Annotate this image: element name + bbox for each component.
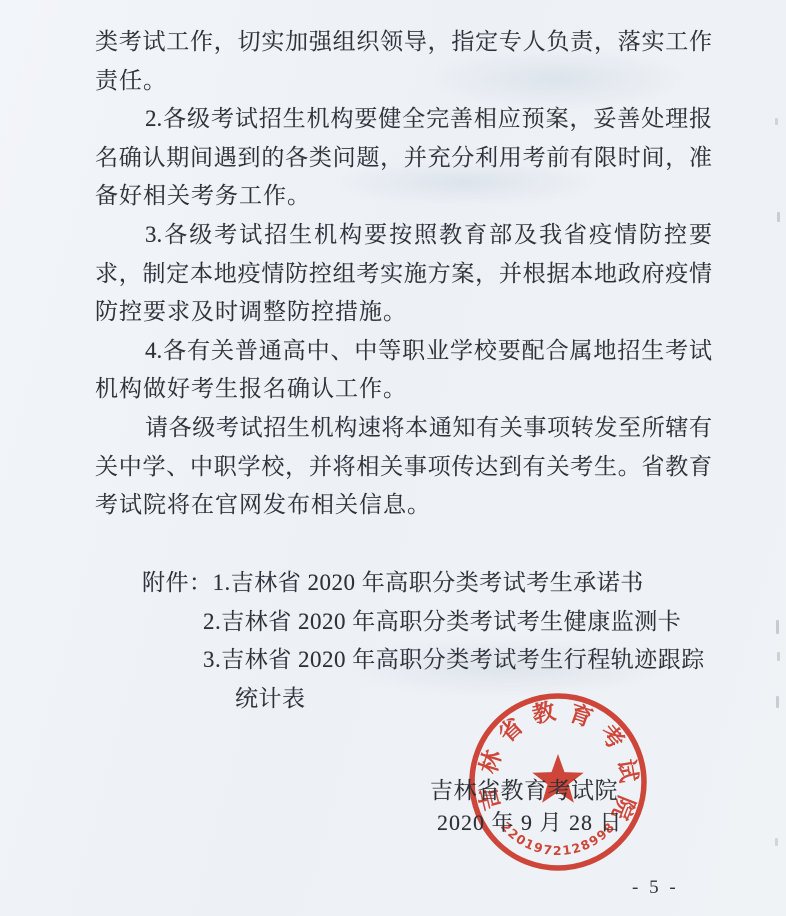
body-line: 机构做好考生报名确认工作。 [95, 370, 712, 409]
body-line: 关中学、中职学校，并将相关事项传达到有关考生。省教育 [95, 448, 712, 487]
document-body: 类考试工作，切实加强组织领导，指定专人负责，落实工作 责任。 2.各级考试招生机… [95, 23, 712, 525]
signature-org: 吉林省教育考试院 [430, 772, 618, 805]
body-line: 2.各级考试招生机构要健全完善相应预案，妥善处理报 [95, 100, 712, 139]
seal-ring-character: 教 [530, 699, 559, 728]
scan-speckle [777, 652, 780, 661]
body-line: 防控要求及时调整防控措施。 [95, 293, 712, 332]
body-line: 4.各有关普通高中、中等职业学校要配合属地招生考试 [95, 332, 712, 371]
body-line: 求，制定本地疫情防控组考实施方案，并根据本地政府疫情 [95, 255, 712, 294]
scan-speckle [775, 118, 778, 125]
body-line: 3.各级考试招生机构要按照教育部及我省疫情防控要 [95, 216, 712, 255]
scan-speckle [776, 620, 779, 634]
attachment-item: 3.吉林省 2020 年高职分类考试考生行程轨迹跟踪 [142, 641, 702, 680]
attachment-item: 1.吉林省 2020 年高职分类考试考生承诺书 [213, 570, 644, 595]
attachment-line: 附件：1.吉林省 2020 年高职分类考试考生承诺书 [142, 564, 702, 603]
attachments-label: 附件： [142, 570, 213, 595]
body-line: 责任。 [95, 62, 712, 101]
scan-speckle [775, 838, 778, 846]
body-line: 请各级考试招生机构速将本通知有关事项转发至所辖有 [95, 409, 712, 448]
body-line: 名确认期间遇到的各类问题，并充分利用考前有限时间，准 [95, 139, 712, 178]
body-line: 考试院将在官网发布相关信息。 [95, 486, 712, 525]
scan-speckle [776, 696, 779, 708]
signature-date: 2020 年 9 月 28 日 [437, 806, 623, 837]
attachment-item: 2.吉林省 2020 年高职分类考试考生健康监测卡 [142, 603, 702, 642]
body-line: 类考试工作，切实加强组织领导，指定专人负责，落实工作 [95, 23, 712, 62]
scan-speckle [777, 212, 780, 222]
document-page: 类考试工作，切实加强组织领导，指定专人负责，落实工作 责任。 2.各级考试招生机… [0, 0, 786, 916]
body-line: 备好相关考务工作。 [95, 177, 712, 216]
